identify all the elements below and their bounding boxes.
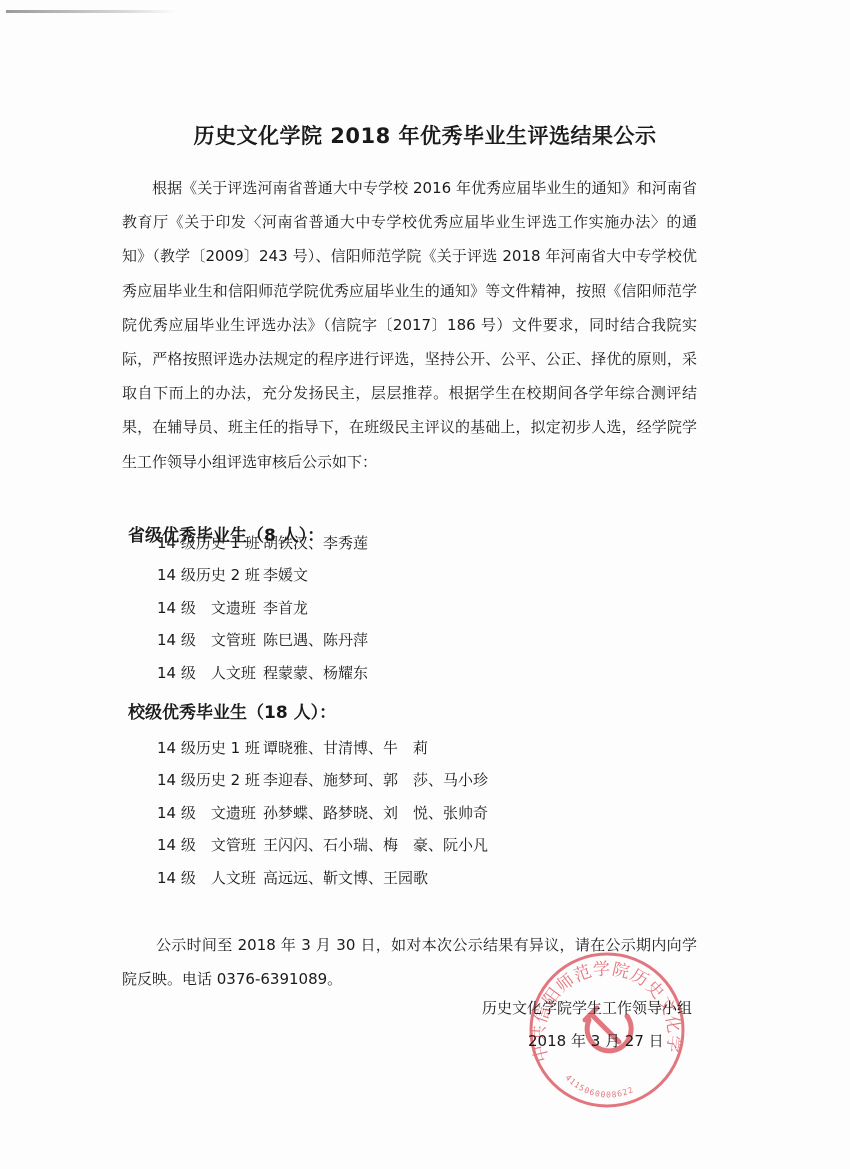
class-label: 14 级历史 1 班 bbox=[157, 532, 257, 553]
student-names: 孙梦蝶、路梦晓、刘 悦、张帅奇 bbox=[263, 802, 488, 823]
class-label: 14 级历史 2 班 bbox=[157, 769, 257, 790]
student-names: 谭晓雅、甘清博、牛 莉 bbox=[263, 737, 428, 758]
scan-edge bbox=[6, 10, 176, 13]
list-item: 14 级历史 1 班谭晓雅、甘清博、牛 莉 bbox=[157, 731, 488, 764]
list-item: 14 级 人文班程蒙蒙、杨耀东 bbox=[157, 656, 368, 689]
class-label: 14 级 人文班 bbox=[157, 867, 257, 888]
class-label: 14 级 人文班 bbox=[157, 662, 257, 683]
student-names: 李媛文 bbox=[263, 564, 308, 585]
list-item: 14 级历史 1 班胡铁汉、李秀莲 bbox=[157, 526, 368, 559]
signature-date: 2018 年 3 月 27 日 bbox=[528, 1030, 664, 1051]
student-names: 程蒙蒙、杨耀东 bbox=[263, 662, 368, 683]
class-label: 14 级 文管班 bbox=[157, 629, 257, 650]
school-list: 14 级历史 1 班谭晓雅、甘清博、牛 莉 14 级历史 2 班李迎春、施梦珂、… bbox=[157, 731, 488, 894]
student-names: 李首龙 bbox=[263, 597, 308, 618]
provincial-list: 14 级历史 1 班胡铁汉、李秀莲 14 级历史 2 班李媛文 14 级 文遗班… bbox=[157, 526, 368, 689]
list-item: 14 级 人文班高远远、靳文博、王园歌 bbox=[157, 861, 488, 894]
svg-text:4115060008622: 4115060008622 bbox=[563, 1073, 635, 1099]
student-names: 陈巳遇、陈丹萍 bbox=[263, 629, 368, 650]
student-names: 高远远、靳文博、王园歌 bbox=[263, 867, 428, 888]
list-item: 14 级 文管班陈巳遇、陈丹萍 bbox=[157, 624, 368, 657]
student-names: 胡铁汉、李秀莲 bbox=[263, 532, 368, 553]
class-label: 14 级 文遗班 bbox=[157, 597, 257, 618]
class-label: 14 级 文遗班 bbox=[157, 802, 257, 823]
list-item: 14 级 文遗班孙梦蝶、路梦晓、刘 悦、张帅奇 bbox=[157, 796, 488, 829]
student-names: 王闪闪、石小瑞、梅 豪、阮小凡 bbox=[263, 834, 488, 855]
signature-organization: 历史文化学院学生工作领导小组 bbox=[482, 997, 692, 1018]
document-title: 历史文化学院 2018 年优秀毕业生评选结果公示 bbox=[0, 120, 850, 150]
notice-paragraph: 公示时间至 2018 年 3 月 30 日，如对本次公示结果有异议，请在公示期内… bbox=[122, 928, 697, 996]
list-item: 14 级历史 2 班李迎春、施梦珂、郭 莎、马小珍 bbox=[157, 764, 488, 797]
school-section-heading: 校级优秀毕业生（18 人）： bbox=[128, 698, 336, 723]
list-item: 14 级 文遗班李首龙 bbox=[157, 591, 368, 624]
class-label: 14 级历史 1 班 bbox=[157, 737, 257, 758]
list-item: 14 级历史 2 班李媛文 bbox=[157, 559, 368, 592]
student-names: 李迎春、施梦珂、郭 莎、马小珍 bbox=[263, 769, 488, 790]
class-label: 14 级历史 2 班 bbox=[157, 564, 257, 585]
seal-number: 4115060008622 bbox=[563, 1073, 635, 1099]
list-item: 14 级 文管班王闪闪、石小瑞、梅 豪、阮小凡 bbox=[157, 829, 488, 862]
class-label: 14 级 文管班 bbox=[157, 834, 257, 855]
intro-paragraph: 根据《关于评选河南省普通大中专学校 2016 年优秀应届毕业生的通知》和河南省教… bbox=[122, 171, 697, 479]
